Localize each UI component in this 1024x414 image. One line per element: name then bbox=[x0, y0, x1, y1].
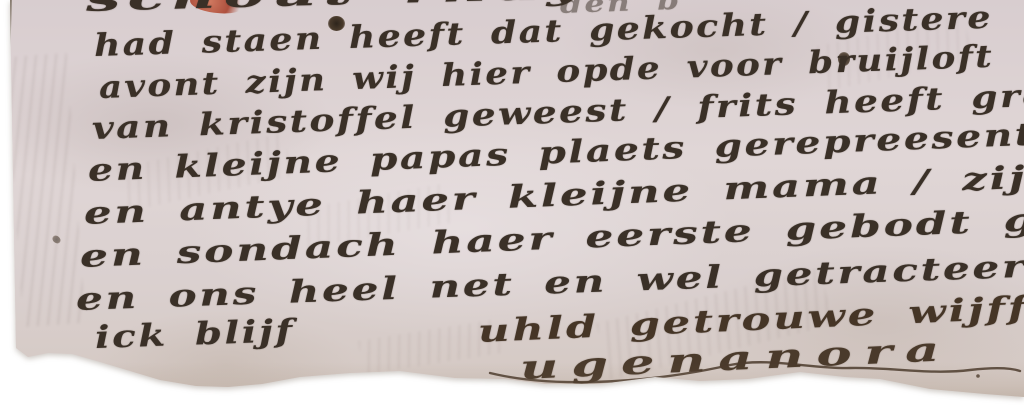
closing-phrase: ick blijf bbox=[94, 313, 295, 356]
paper-shadow-wrap: schout rhuys dreed den b had staen heeft… bbox=[0, 0, 1024, 414]
ink-bleedthrough-mark bbox=[5, 53, 86, 327]
ink-blot bbox=[51, 234, 62, 245]
scanned-letter-page: schout rhuys dreed den b had staen heeft… bbox=[0, 0, 1024, 414]
scan-margin bbox=[0, 0, 9, 360]
paper-sheet: schout rhuys dreed den b had staen heeft… bbox=[0, 0, 1024, 414]
page-left-edge bbox=[0, 0, 12, 366]
